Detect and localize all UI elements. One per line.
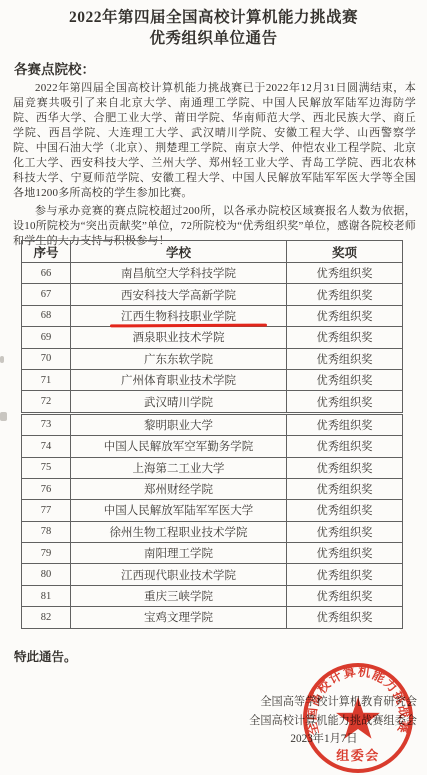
school-cell: 广东东软学院	[71, 348, 287, 369]
salutation: 各赛点院校：	[14, 58, 415, 78]
award-table-body: 66南昌航空大学科技学院优秀组织奖67西安科技大学高新学院优秀组织奖68江西生物…	[22, 263, 403, 629]
table-row: 74中国人民解放军空军勤务学院优秀组织奖	[22, 436, 403, 457]
school-cell: 南阳理工学院	[71, 543, 287, 564]
table-row: 77中国人民解放军陆军军医大学优秀组织奖	[22, 500, 403, 521]
table-row: 70广东东软学院优秀组织奖	[22, 348, 403, 369]
title-line-2: 优秀组织单位通告	[0, 28, 427, 49]
paragraph-intro: 2022年第四届全国高校计算机能力挑战赛已于2022年12月31日圆满结束，本届…	[13, 81, 416, 201]
award-cell: 优秀组织奖	[287, 391, 403, 413]
school-cell: 徐州生物工程职业技术学院	[71, 521, 287, 542]
serial-number-cell: 76	[22, 478, 71, 499]
award-cell: 优秀组织奖	[287, 284, 403, 305]
serial-number-cell: 69	[22, 327, 71, 348]
table-row: 80江西现代职业技术学院优秀组织奖	[22, 564, 403, 585]
award-cell: 优秀组织奖	[287, 305, 403, 326]
school-cell: 重庆三峡学院	[71, 585, 287, 606]
official-seal-stamp: 全国高校计算机能力挑战赛 组委会	[300, 661, 416, 775]
serial-number-cell: 79	[22, 543, 71, 564]
table-row: 71广州体育职业技术学院优秀组织奖	[22, 369, 403, 390]
serial-number-cell: 73	[22, 413, 71, 435]
title-line-1: 2022年第四届全国高校计算机能力挑战赛	[0, 7, 427, 28]
highlighted-school-name: 江西生物科技职业学院	[121, 308, 236, 324]
notice-document: 2022年第四届全国高校计算机能力挑战赛 优秀组织单位通告 各赛点院校： 202…	[0, 0, 427, 775]
award-cell: 优秀组织奖	[287, 348, 403, 369]
table-row: 67西安科技大学高新学院优秀组织奖	[22, 284, 403, 305]
serial-number-cell: 77	[22, 500, 71, 521]
school-cell: 上海第二工业大学	[71, 457, 287, 478]
award-cell: 优秀组织奖	[287, 564, 403, 585]
header-serial-number: 序号	[22, 241, 71, 263]
table-row: 75上海第二工业大学优秀组织奖	[22, 457, 403, 478]
award-cell: 优秀组织奖	[287, 457, 403, 478]
school-cell: 广州体育职业技术学院	[71, 369, 287, 390]
closing-statement: 特此通告。	[14, 647, 77, 665]
school-cell: 中国人民解放军陆军军医大学	[71, 500, 287, 521]
award-cell: 优秀组织奖	[287, 543, 403, 564]
table-row: 73黎明职业大学优秀组织奖	[22, 413, 403, 435]
stamp-committee-text: 组委会	[336, 748, 380, 763]
serial-number-cell: 66	[22, 263, 71, 284]
school-cell: 武汉晴川学院	[71, 391, 287, 413]
table-row: 79南阳理工学院优秀组织奖	[22, 543, 403, 564]
award-cell: 优秀组织奖	[287, 521, 403, 542]
table-row: 82宝鸡文理学院优秀组织奖	[22, 607, 403, 628]
serial-number-cell: 70	[22, 348, 71, 369]
school-cell: 南昌航空大学科技学院	[71, 263, 287, 284]
header-school: 学校	[71, 241, 287, 263]
award-cell: 优秀组织奖	[287, 369, 403, 390]
stamp-star-icon	[336, 697, 380, 739]
award-cell: 优秀组织奖	[287, 413, 403, 435]
serial-number-cell: 72	[22, 391, 71, 413]
school-cell: 宝鸡文理学院	[71, 607, 287, 628]
serial-number-cell: 81	[22, 585, 71, 606]
serial-number-cell: 71	[22, 369, 71, 390]
school-cell: 西安科技大学高新学院	[71, 284, 287, 305]
award-table: 序号 学校 奖项 66南昌航空大学科技学院优秀组织奖67西安科技大学高新学院优秀…	[21, 240, 403, 629]
table-row: 66南昌航空大学科技学院优秀组织奖	[22, 263, 403, 284]
award-cell: 优秀组织奖	[287, 607, 403, 628]
serial-number-cell: 74	[22, 436, 71, 457]
table-row: 81重庆三峡学院优秀组织奖	[22, 585, 403, 606]
school-cell: 中国人民解放军空军勤务学院	[71, 436, 287, 457]
serial-number-cell: 67	[22, 284, 71, 305]
serial-number-cell: 75	[22, 457, 71, 478]
award-cell: 优秀组织奖	[287, 327, 403, 348]
table-row: 68江西生物科技职业学院优秀组织奖	[22, 305, 403, 326]
table-row: 78徐州生物工程职业技术学院优秀组织奖	[22, 521, 403, 542]
serial-number-cell: 80	[22, 564, 71, 585]
school-cell: 江西现代职业技术学院	[71, 564, 287, 585]
award-cell: 优秀组织奖	[287, 436, 403, 457]
award-cell: 优秀组织奖	[287, 263, 403, 284]
school-cell: 黎明职业大学	[71, 413, 287, 435]
scan-artifact	[0, 412, 7, 421]
school-cell: 江西生物科技职业学院	[71, 305, 287, 326]
table-header-row: 序号 学校 奖项	[22, 241, 403, 263]
school-cell: 酒泉职业技术学院	[71, 327, 287, 348]
serial-number-cell: 78	[22, 521, 71, 542]
header-award: 奖项	[287, 241, 403, 263]
award-cell: 优秀组织奖	[287, 500, 403, 521]
table-row: 76郑州财经学院优秀组织奖	[22, 478, 403, 499]
table-row: 72武汉晴川学院优秀组织奖	[22, 391, 403, 413]
award-cell: 优秀组织奖	[287, 478, 403, 499]
serial-number-cell: 68	[22, 305, 71, 326]
scan-artifact	[0, 356, 4, 363]
table-row: 69酒泉职业技术学院优秀组织奖	[22, 327, 403, 348]
award-cell: 优秀组织奖	[287, 585, 403, 606]
serial-number-cell: 82	[22, 607, 71, 628]
school-cell: 郑州财经学院	[71, 478, 287, 499]
document-title: 2022年第四届全国高校计算机能力挑战赛 优秀组织单位通告	[0, 0, 427, 49]
